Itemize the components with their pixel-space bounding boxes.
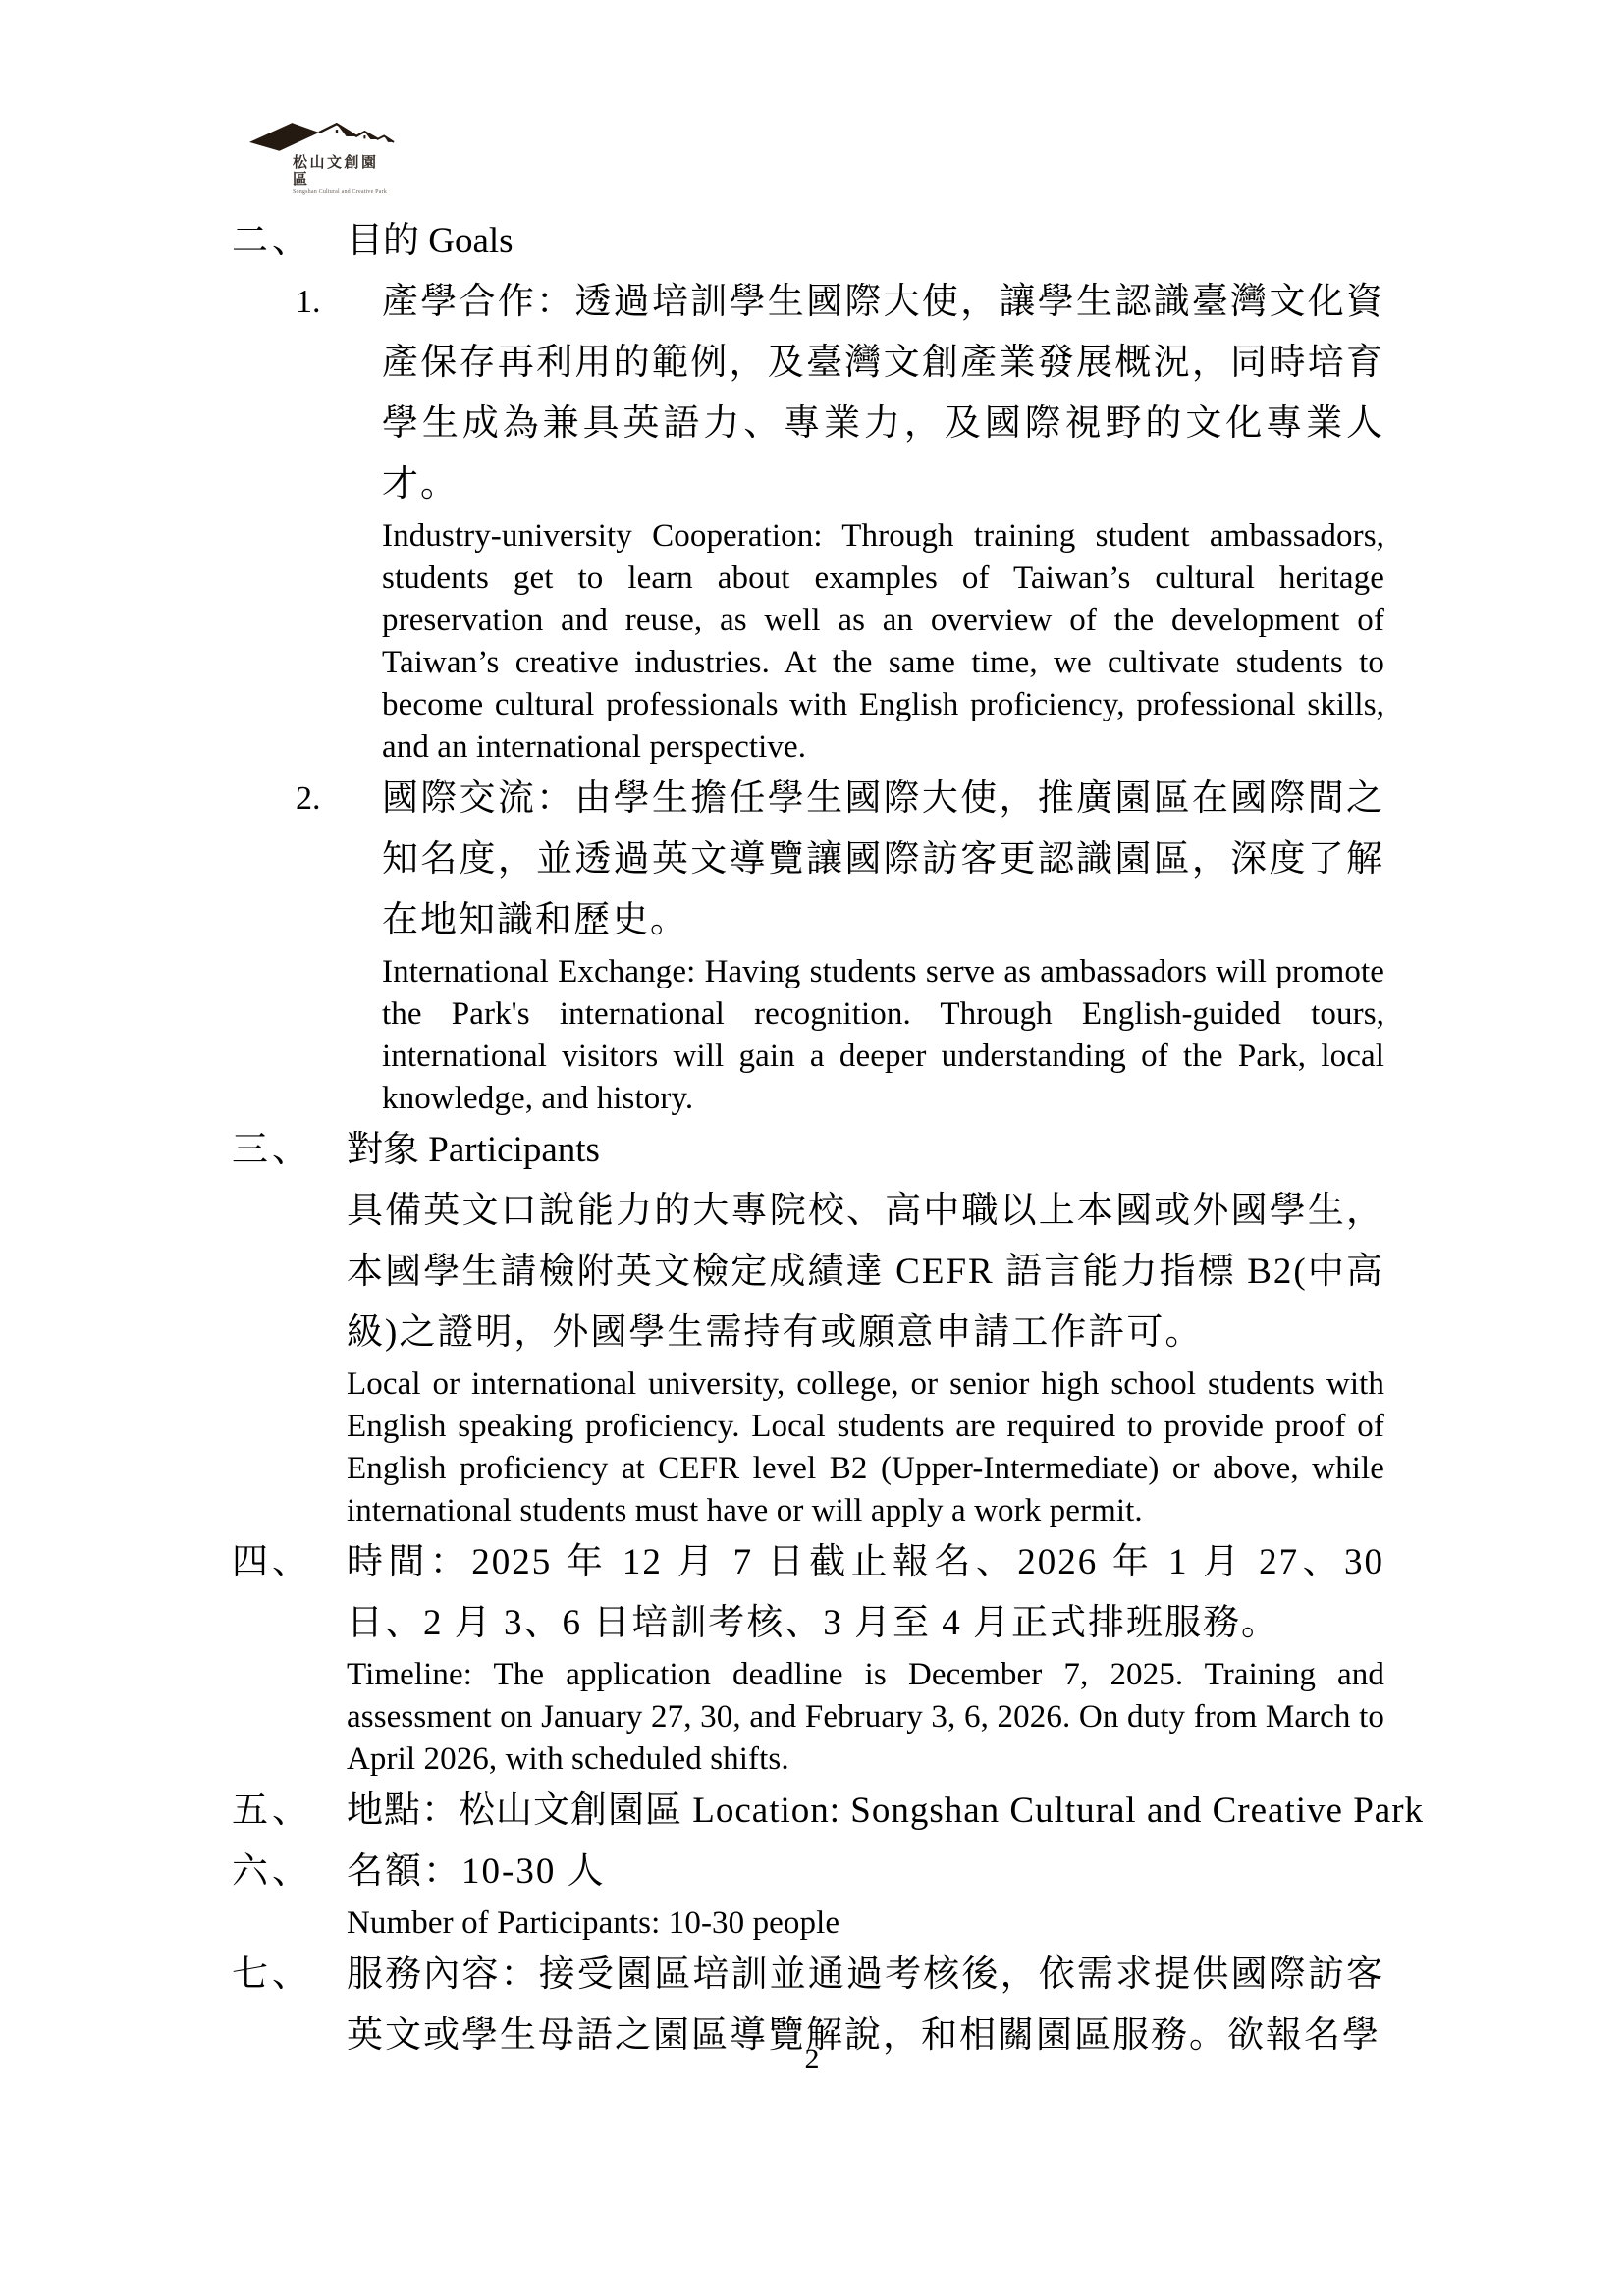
- songshan-logo: 松山文創園區 Songshan Cultural and Creative Pa…: [247, 119, 395, 196]
- section-location: 五、 地點：松山文創園區 Location: Songshan Cultural…: [0, 1781, 1624, 1842]
- section-participants-heading: 三、 對象 Participants: [0, 1120, 1624, 1181]
- section-time: 四、 時間：2025 年 12 月 7 日截止報名、2026 年 1 月 27、…: [0, 1532, 1624, 1781]
- goal-item-2: 2. 國際交流：由學生擔任學生國際大使，推廣園區在國際間之知名度，並透過英文導覽…: [0, 769, 1624, 1120]
- document-page: 松山文創園區 Songshan Cultural and Creative Pa…: [0, 0, 1624, 2296]
- english-paragraph: Timeline: The application deadline is De…: [347, 1654, 1384, 1781]
- section-quota: 六、 名額：10-30 人 Number of Participants: 10…: [0, 1842, 1624, 1945]
- section-marker: 七、: [232, 1945, 312, 2005]
- location-line: 地點：松山文創園區 Location: Songshan Cultural an…: [347, 1781, 1384, 1842]
- english-paragraph: Industry-university Cooperation: Through…: [382, 515, 1384, 769]
- section-goals-heading: 二、 目的 Goals: [0, 211, 1624, 272]
- section-marker: 三、: [232, 1120, 312, 1181]
- english-paragraph: International Exchange: Having students …: [382, 951, 1384, 1120]
- logo-title-zh: 松山文創園區: [293, 155, 395, 188]
- section-title: 對象 Participants: [347, 1120, 1624, 1181]
- item-number: 2.: [296, 769, 321, 829]
- section-goals: 二、 目的 Goals 1. 產學合作：透過培訓學生國際大使，讓學生認識臺灣文化…: [0, 211, 1624, 1120]
- chinese-paragraph: 名額：10-30 人: [347, 1842, 1384, 1902]
- section-title: 目的 Goals: [347, 211, 1624, 272]
- page-number: 2: [0, 2042, 1624, 2077]
- chinese-paragraph: 具備英文口說能力的大專院校、高中職以上本國或外國學生，本國學生請檢附英文檢定成績…: [347, 1181, 1384, 1363]
- english-paragraph: Local or international university, colle…: [347, 1363, 1384, 1532]
- english-paragraph: Number of Participants: 10-30 people: [347, 1902, 1384, 1945]
- goal-item-1: 1. 產學合作：透過培訓學生國際大使，讓學生認識臺灣文化資產保存再利用的範例，及…: [0, 272, 1624, 769]
- section-marker: 五、: [232, 1781, 312, 1842]
- chinese-paragraph: 國際交流：由學生擔任學生國際大使，推廣園區在國際間之知名度，並透過英文導覽讓國際…: [382, 769, 1384, 951]
- section-participants: 三、 對象 Participants 具備英文口說能力的大專院校、高中職以上本國…: [0, 1120, 1624, 1532]
- logo-subtitle-en: Songshan Cultural and Creative Park: [293, 188, 395, 196]
- chinese-paragraph: 產學合作：透過培訓學生國際大使，讓學生認識臺灣文化資產保存再利用的範例，及臺灣文…: [382, 272, 1384, 515]
- chinese-paragraph: 時間：2025 年 12 月 7 日截止報名、2026 年 1 月 27、30 …: [347, 1532, 1384, 1654]
- item-number: 1.: [296, 272, 321, 333]
- section-marker: 六、: [232, 1842, 312, 1902]
- section-marker: 四、: [232, 1532, 312, 1593]
- section-marker: 二、: [232, 211, 312, 272]
- document-content: 二、 目的 Goals 1. 產學合作：透過培訓學生國際大使，讓學生認識臺灣文化…: [0, 211, 1624, 2066]
- roofline-logo-icon: [247, 119, 395, 154]
